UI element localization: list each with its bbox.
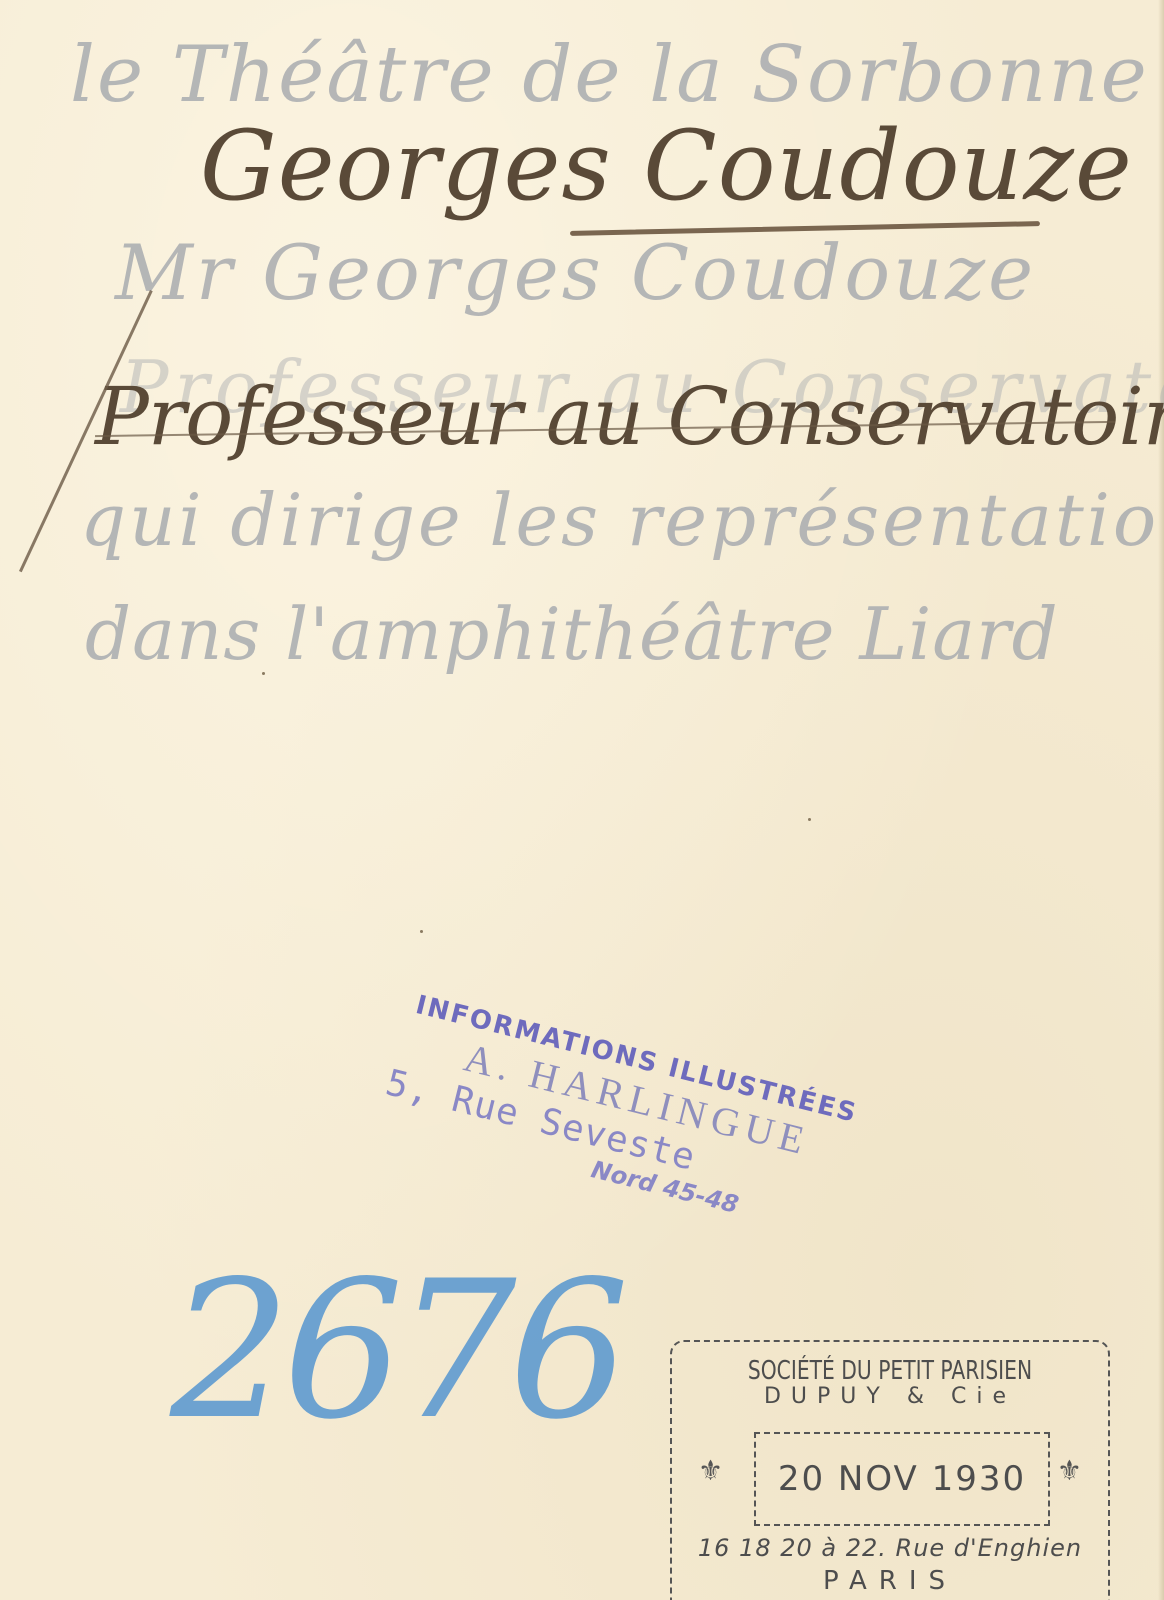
newspaper-date-stamp: SOCIÉTÉ DU PETIT PARISIEN DUPUY & Cie ⚜ …	[670, 1340, 1110, 1600]
pencil-caption-line-4: qui dirige les représentations	[80, 478, 1164, 562]
ink-subject-title: Professeur au Conservatoire	[95, 370, 1164, 463]
pencil-caption-line-1: le Théâtre de la Sorbonne	[70, 30, 1149, 120]
newspaper-stamp-city: PARIS	[672, 1566, 1108, 1596]
paper-edge	[1158, 0, 1164, 1600]
ink-subject-name: Georges Coudouze	[200, 110, 1133, 222]
fleur-de-lis-icon: ⚜	[698, 1454, 723, 1487]
stamp-date: 20 NOV 1930	[778, 1459, 1026, 1499]
newspaper-stamp-address: 16 18 20 à 22. Rue d'Enghien	[682, 1534, 1098, 1562]
paper-speck	[420, 930, 423, 933]
pencil-caption-line-5: dans l'amphithéâtre Liard	[85, 592, 1059, 676]
paper-speck	[808, 818, 811, 821]
fleur-de-lis-icon: ⚜	[1057, 1454, 1082, 1487]
newspaper-stamp-line-1: SOCIÉTÉ DU PETIT PARISIEN	[720, 1356, 1060, 1386]
pencil-caption-line-2: Mr Georges Coudouze	[115, 228, 1036, 317]
stamp-date-box: 20 NOV 1930	[754, 1432, 1050, 1526]
blue-archive-number: 2676	[170, 1240, 622, 1461]
paper-speck	[262, 672, 265, 675]
newspaper-stamp-line-2: DUPUY & Cie	[672, 1384, 1108, 1409]
